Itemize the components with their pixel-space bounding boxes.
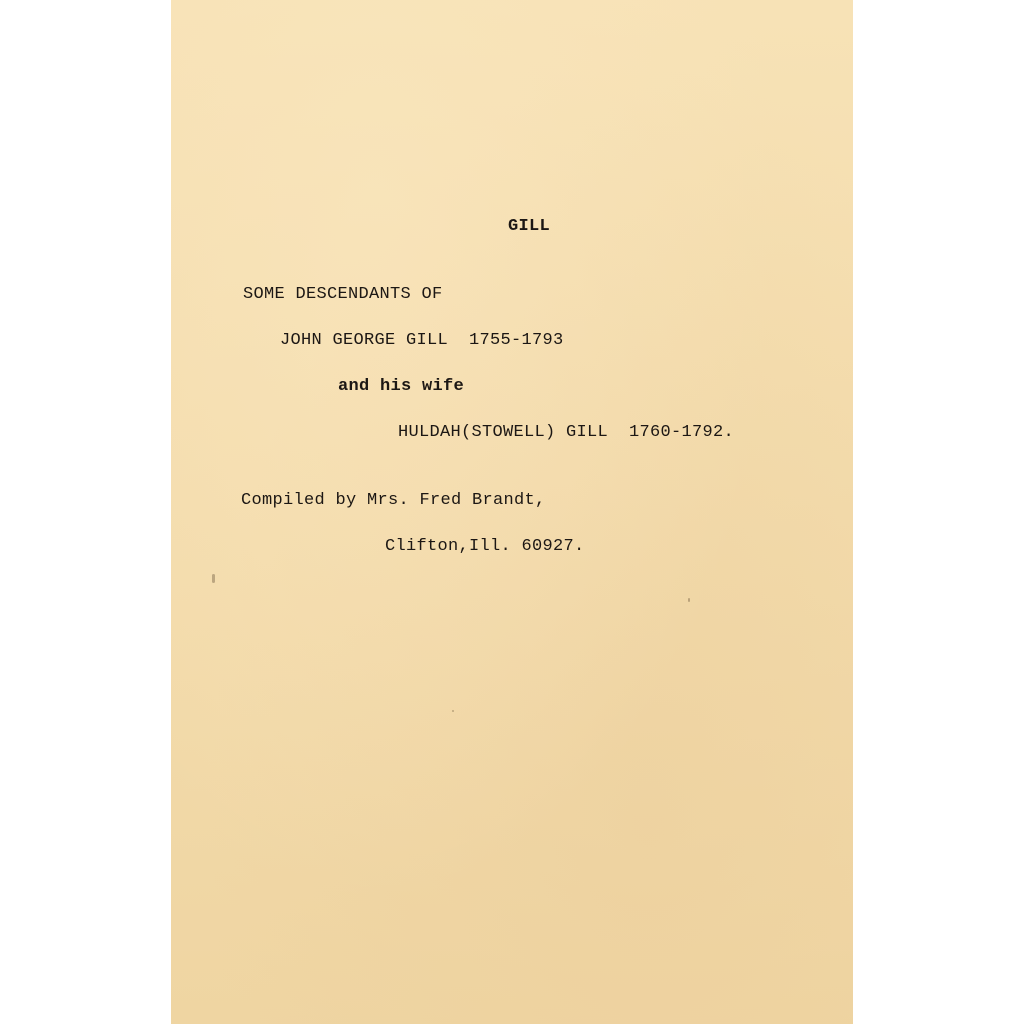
address-line: Clifton,Ill. 60927. [385,538,585,555]
ancestor-name-line: JOHN GEORGE GILL 1755-1793 [280,332,564,349]
spouse-name-line: HULDAH(STOWELL) GILL 1760-1792. [398,424,734,441]
document-subtitle: SOME DESCENDANTS OF [243,286,443,303]
paper-blemish [452,710,454,712]
connector-line: and his wife [338,378,464,395]
document-heading: GILL [508,218,550,235]
document-page: GILL SOME DESCENDANTS OF JOHN GEORGE GIL… [171,0,853,1024]
paper-blemish [688,598,690,602]
compiler-line: Compiled by Mrs. Fred Brandt, [241,492,546,509]
paper-blemish [212,574,215,583]
